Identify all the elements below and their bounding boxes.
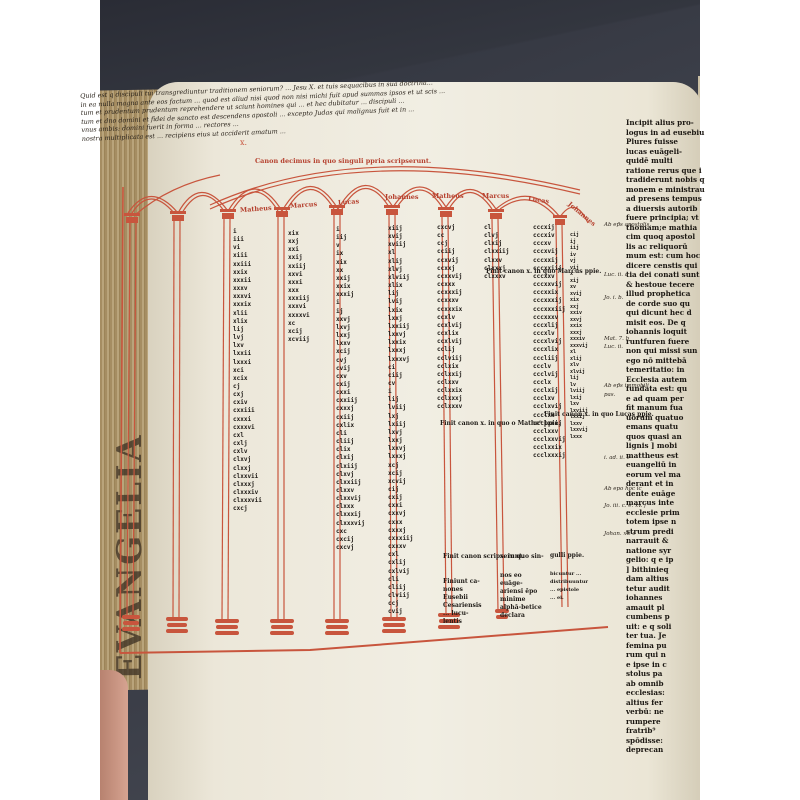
header-johannes-1: Johannes xyxy=(385,193,419,201)
canon-number: xxxvi xyxy=(233,293,262,301)
text-line: tetur audit xyxy=(626,584,706,594)
text-line: iohannes xyxy=(626,593,706,603)
canon-number: cliij xyxy=(336,438,365,446)
canon-number: xxiii xyxy=(233,261,262,269)
canon-number: cccxxxv xyxy=(533,314,566,322)
text-line: iohannis loquit xyxy=(626,327,706,337)
text-line: tradiderunt nobis q xyxy=(626,175,706,185)
text-line: stolus pa xyxy=(626,669,706,679)
canon-number: xx xyxy=(336,267,365,275)
canon-number: cij xyxy=(388,486,413,494)
text-line: quidē multi xyxy=(626,156,706,166)
text-line: euangeliū in xyxy=(626,460,706,470)
canon-number: lxxj xyxy=(388,437,413,445)
canon-number: clviij xyxy=(388,592,413,600)
text-line: mattheus est xyxy=(626,451,706,461)
canon-number: cvij xyxy=(388,608,413,616)
text-line: fratrib⁹ xyxy=(626,726,706,736)
canon-number: cj xyxy=(233,383,262,391)
text-line: dicere censtis qui xyxy=(626,261,706,271)
canon-number: ccclxij xyxy=(533,387,566,395)
header-marcus-2: Marcus xyxy=(482,192,509,200)
canon-number: cxlij xyxy=(388,559,413,567)
text-line: Plures fuisse xyxy=(626,137,706,147)
canon-number: cccxxxiij xyxy=(533,306,566,314)
canon-number: i xyxy=(336,299,365,307)
canon-number: ccxlix xyxy=(437,330,462,338)
canon-number: cli xyxy=(388,576,413,584)
canon-number: clxij xyxy=(484,240,509,248)
canon-number: xxj xyxy=(288,238,310,246)
canon-number: ix xyxy=(336,250,365,258)
canon-number: cxl xyxy=(233,432,262,440)
text-line: ad presens tempus xyxy=(626,194,706,204)
text-line: strum predi xyxy=(626,527,706,537)
holding-finger xyxy=(100,670,128,800)
canon-number: v xyxy=(336,242,365,250)
text-line: & hestoue tecere xyxy=(626,280,706,290)
canon-number: xiij xyxy=(388,225,413,233)
canon-number: lxxix xyxy=(388,339,413,347)
text-line: verbū: ne xyxy=(626,707,706,717)
canon-number: xcvij xyxy=(388,478,413,486)
canon-number: ccclv xyxy=(533,363,566,371)
canon-number: cccliij xyxy=(533,355,566,363)
canon-number: lxxxvj xyxy=(388,356,413,364)
canon-number: lxxvij xyxy=(570,427,588,434)
canon-number: cxij xyxy=(388,494,413,502)
canon-number: cxiij xyxy=(336,414,365,422)
canon-number: xxvi xyxy=(288,271,310,279)
canon-number: xxij xyxy=(288,254,310,262)
canon-number: xxiij xyxy=(288,263,310,271)
margin-note: Ab ep̄s immobili xyxy=(604,383,649,389)
canon-number: ccclvij xyxy=(533,371,566,379)
text-line: deprecan xyxy=(626,745,706,755)
canon-number: xcij xyxy=(388,470,413,478)
canon-number: cccxlvij xyxy=(533,338,566,346)
canon-number: lxxvj xyxy=(388,445,413,453)
canon-number: xxxv xyxy=(233,285,262,293)
canon-number: xvij xyxy=(388,233,413,241)
margin-note: Jo. i. b. xyxy=(604,295,623,301)
canon-number: lviij xyxy=(388,404,413,412)
canon-number: clxxvii xyxy=(233,473,262,481)
canon-number: cclxxix xyxy=(437,387,462,395)
canon-number: lxiij xyxy=(388,421,413,429)
margin-note: i. ad. ii. e xyxy=(604,455,630,461)
canon-number: xxix xyxy=(336,283,365,291)
header-matheus-2: Matheus xyxy=(432,192,464,200)
canon-number: clxxx xyxy=(336,503,365,511)
text-line: runtfuren fuere xyxy=(626,337,706,347)
column-marcus-1: xixxxjxxixxijxxiijxxvixxxixxxxxxiijxxxvi… xyxy=(288,230,310,344)
canon-number: cciij xyxy=(437,248,462,256)
text-line: Incipit alius pro- xyxy=(626,118,706,128)
text-line: rumpere xyxy=(626,717,706,727)
canon-number: xlij xyxy=(388,258,413,266)
canon-number: cvij xyxy=(336,365,365,373)
canon-number: cccxxxij xyxy=(533,297,566,305)
canon-number: xxxvi xyxy=(288,303,310,311)
text-line: ecclesias: xyxy=(626,688,706,698)
text-line: ter tua. Je xyxy=(626,631,706,641)
text-line: tia dei conati sunt xyxy=(626,270,706,280)
footnote-2: Finiunt ca-nones Eusebii Cesariensis ...… xyxy=(443,578,483,626)
canon-number: ccclxxvij xyxy=(533,436,566,444)
margin-note: Luc. ii. xyxy=(604,344,623,350)
text-line: fit manum fua xyxy=(626,403,706,413)
canon-number: xix xyxy=(336,259,365,267)
canon-number: cclij xyxy=(437,346,462,354)
text-line: amauit pl xyxy=(626,603,706,613)
text-line: lis ac reliquorū xyxy=(626,242,706,252)
canon-number: lxxxj xyxy=(388,347,413,355)
canon-number: clxiij xyxy=(336,463,365,471)
text-line: misit eos. De q xyxy=(626,318,706,328)
canon-number: cxcvj xyxy=(336,544,365,552)
text-line: illud prophetica xyxy=(626,289,706,299)
footnote-6: bicuntur ... distribuuntur ... epistole … xyxy=(550,570,586,602)
text-line: uorum quatuo xyxy=(626,413,706,423)
canon-number: xxxii xyxy=(233,277,262,285)
canon-number: ccxxvij xyxy=(437,273,462,281)
text-line: dam altius xyxy=(626,574,706,584)
canon-number: cxxxj xyxy=(336,405,365,413)
canon-number: cxxi xyxy=(336,389,365,397)
canon-number: ccclxxv xyxy=(533,428,566,436)
canon-number: clxvj xyxy=(233,456,262,464)
canon-number: xcj xyxy=(388,462,413,470)
text-line: lignis ] mobi xyxy=(626,441,706,451)
canon-number: cccxlv xyxy=(533,330,566,338)
text-line: femina pu xyxy=(626,641,706,651)
canon-number: xcij xyxy=(288,328,310,336)
canon-number: cccxvij xyxy=(533,248,566,256)
canon-number: cccxxij xyxy=(533,257,566,265)
canon-number: xci xyxy=(233,367,262,375)
canon-number: ccxxxij xyxy=(437,289,462,297)
canon-number: cxv xyxy=(336,373,365,381)
text-line: non qui missi sun xyxy=(626,346,706,356)
column-johannes-1: xiijxvijxviijxlxlijxlvjxlviijxlixlijlvij… xyxy=(388,225,413,617)
canon-number: xiii xyxy=(233,252,262,260)
canon-number: cccxiv xyxy=(533,232,566,240)
canon-number: xxij xyxy=(336,275,365,283)
text-line: a diuersis autorib xyxy=(626,204,706,214)
margin-note: Mat. 7. b xyxy=(604,336,629,342)
footnote-5: gulli ppie. xyxy=(550,552,584,560)
text-line: eorum vel ma xyxy=(626,470,706,480)
canon-number: lxxxi xyxy=(233,359,262,367)
text-line: ab omnib xyxy=(626,679,706,689)
canon-number: cxiv xyxy=(233,399,262,407)
canon-number: cccxv xyxy=(533,240,566,248)
text-line: altius fer xyxy=(626,698,706,708)
canon-number: xlvj xyxy=(388,266,413,274)
text-line: e ipse in c xyxy=(626,660,706,670)
canon-number: cxxxvi xyxy=(233,424,262,432)
canon-number: xxi xyxy=(288,246,310,254)
canon-number: cccxxix xyxy=(533,289,566,297)
canon-number: xl xyxy=(388,249,413,257)
canon-number: cclxxxj xyxy=(437,395,462,403)
canon-number: ccj xyxy=(388,600,413,608)
canon-number: lxxx xyxy=(570,434,588,441)
canon-number: cclxxxv xyxy=(437,403,462,411)
canon-number: ij xyxy=(336,308,365,316)
text-line: e ad quam per xyxy=(626,394,706,404)
canon-number: cxlv xyxy=(233,448,262,456)
text-line: mum est: cum hoc xyxy=(626,251,706,261)
canon-number: cc xyxy=(437,232,462,240)
margin-note: Luc. ii. a xyxy=(604,272,628,278)
canon-number: cxxx xyxy=(388,519,413,527)
canon-number: cxxvj xyxy=(388,510,413,518)
canon-number: ccxxxv xyxy=(437,297,462,305)
canon-number: clxxv xyxy=(484,257,509,265)
canon-number: lij xyxy=(388,290,413,298)
folio-mark: x. xyxy=(240,138,247,147)
canon-number: cxxiij xyxy=(336,397,365,405)
canon-number: clxxxvii xyxy=(233,497,262,505)
canon-number: lxxj xyxy=(388,315,413,323)
canon-number: cxlvij xyxy=(388,568,413,576)
canon-number: cxxxj xyxy=(388,527,413,535)
canon-number: cxxiii xyxy=(233,407,262,415)
footnote-3: x. in quo sin- xyxy=(500,553,544,561)
canon-number: cxxxi xyxy=(233,416,262,424)
canon-number: cxxxv xyxy=(388,543,413,551)
canon-number: cxcvj xyxy=(437,224,462,232)
margin-note: Jo. iii. c. e. xv. f xyxy=(604,503,646,509)
canon-number: xlix xyxy=(388,282,413,290)
canon-number: cxc xyxy=(336,528,365,536)
canon-number: clxxv xyxy=(336,487,365,495)
text-line: ego nō mittebā xyxy=(626,356,706,366)
text-line: quos quasi an xyxy=(626,432,706,442)
header-lucas-1: Lucas xyxy=(338,197,360,206)
facing-page-text: Incipit alius pro-logus in ad eusebiuPlu… xyxy=(626,118,706,755)
canon-number: clxxxij xyxy=(336,511,365,519)
text-line: gelio: q e ip xyxy=(626,555,706,565)
canon-title: Canon decimus in quo singuli ppria scrip… xyxy=(255,157,431,165)
canon-number: clix xyxy=(336,446,365,454)
canon-number: ccxlvij xyxy=(437,338,462,346)
canon-number: cxcij xyxy=(336,536,365,544)
text-line: rum qui n xyxy=(626,650,706,660)
canon-number: i xyxy=(233,228,262,236)
canon-number: ci xyxy=(388,364,413,372)
canon-number: cxl xyxy=(388,551,413,559)
canon-number: lij xyxy=(233,326,262,334)
canon-number: ccclxv xyxy=(533,395,566,403)
canon-number: ccclxxix xyxy=(533,444,566,452)
canon-number: cclxix xyxy=(437,363,462,371)
canon-number: xxx xyxy=(288,287,310,295)
canon-number: clxxxj xyxy=(233,481,262,489)
text-line: temeritatio: in xyxy=(626,365,706,375)
canon-number: vi xyxy=(233,244,262,252)
canon-number: lvj xyxy=(233,334,262,342)
canon-number: lij xyxy=(388,396,413,404)
canon-number: clxxiij xyxy=(336,479,365,487)
text-line: totem ipse n xyxy=(626,517,706,527)
canon-number: xcix xyxy=(233,375,262,383)
text-line: cim quoq apostol xyxy=(626,232,706,242)
canon-number: cxij xyxy=(336,381,365,389)
canon-number: lxxii xyxy=(233,350,262,358)
canon-number: clxxiij xyxy=(484,248,509,256)
canon-number: lxxj xyxy=(336,332,365,340)
canon-number: cccxlij xyxy=(533,322,566,330)
column-johannes-2: cijijiijivvjvijxxijxvxvijxixxxjxxivxxvjx… xyxy=(570,232,588,440)
canon-number: lxj xyxy=(388,413,413,421)
text-line: emans quatu xyxy=(626,422,706,432)
canon-number: lxv xyxy=(233,342,262,350)
canon-number: xxxxvi xyxy=(288,312,310,320)
canon-number: ccxxxix xyxy=(437,306,462,314)
canon-number: ccxlv xyxy=(437,314,462,322)
canon-number: ccxxx xyxy=(437,281,462,289)
canon-number: xlii xyxy=(233,310,262,318)
canon-number: cliij xyxy=(388,584,413,592)
canon-number: lxxvj xyxy=(388,331,413,339)
canon-number: xlviij xyxy=(388,274,413,282)
canon-number: ccj xyxy=(437,240,462,248)
canon-number: clxxxiv xyxy=(233,489,262,497)
canon-number: iii xyxy=(233,236,262,244)
canon-number: xlix xyxy=(233,318,262,326)
text-line: uit: e q soli xyxy=(626,622,706,632)
canon-number: lxxv xyxy=(336,340,365,348)
canon-number: clxvj xyxy=(336,471,365,479)
margin-note: pas. xyxy=(604,392,615,398)
canon-number: iij xyxy=(336,234,365,242)
column-lucas-1: iiijvixxixxxxxijxxixxxxijiijxxvjlxvjlxxj… xyxy=(336,226,365,552)
text-line: natione syr xyxy=(626,546,706,556)
margin-note: Ab epo hoc ic xyxy=(604,486,642,492)
canon-number: cli xyxy=(336,430,365,438)
canon-number: ccclxxxij xyxy=(533,452,566,460)
canon-number: clxij xyxy=(336,454,365,462)
canon-number: cvj xyxy=(336,357,365,365)
canon-number: xxxix xyxy=(233,301,262,309)
canon-number: cclxxv xyxy=(437,379,462,387)
canon-number: cl xyxy=(484,224,509,232)
column-matheus-1: iiiivixiiixxiiixxixxxxiixxxvxxxvixxxixxl… xyxy=(233,228,262,513)
canon-number: clxxvij xyxy=(336,495,365,503)
canon-number: lxxxj xyxy=(388,453,413,461)
canon-number: ciij xyxy=(388,372,413,380)
canon-number: ccclx xyxy=(533,379,566,387)
canon-number: ccxlvij xyxy=(437,322,462,330)
canon-number: cclviij xyxy=(437,355,462,363)
canon-number: lxix xyxy=(388,307,413,315)
text-line: cumbens p xyxy=(626,612,706,622)
canon-number: clxxxvij xyxy=(336,520,365,528)
canon-number: xxxij xyxy=(336,291,365,299)
canon-number: cv xyxy=(388,380,413,388)
closing-note-marcus: Finit canon x. in quo Marcus ppie. xyxy=(486,268,601,276)
canon-number: i xyxy=(388,388,413,396)
canon-number: cxcj xyxy=(233,505,262,513)
canon-number: xxxiij xyxy=(288,295,310,303)
canon-number: clxxj xyxy=(233,465,262,473)
canon-number: xcviij xyxy=(288,336,310,344)
margin-note: Ab ep̄s apostolis. xyxy=(604,222,651,228)
canon-number: ccxxj xyxy=(437,265,462,273)
canon-number: xviij xyxy=(388,241,413,249)
canon-number: cxlj xyxy=(233,440,262,448)
closing-note-matheus: Finit canon x. in quo o Mathe⁹ ppie. xyxy=(440,420,560,428)
canon-number: cccxij xyxy=(533,224,566,232)
text-line: spōdisse: xyxy=(626,736,706,746)
canon-number: lxvj xyxy=(336,324,365,332)
column-matheus-2: cxcvjccccjcciijccxvijccxxjccxxvijccxxxcc… xyxy=(437,224,462,412)
canon-number: cclxxij xyxy=(437,371,462,379)
canon-number: lxxiij xyxy=(388,323,413,331)
margin-note: Johan. xv. c xyxy=(604,531,636,537)
canon-number: clvj xyxy=(484,232,509,240)
canon-number: cxj xyxy=(233,391,262,399)
canon-number: ccxvij xyxy=(437,257,462,265)
canon-number: cccxxvij xyxy=(533,281,566,289)
canon-number: xcij xyxy=(336,348,365,356)
text-line: lucas euāgeli- xyxy=(626,147,706,157)
canon-number: xxix xyxy=(233,269,262,277)
text-line: monem e ministrau xyxy=(626,185,706,195)
canon-number: cxxxiij xyxy=(388,535,413,543)
footnote-4: nos eo euāge-ariensi ēpo minime alphā-be… xyxy=(500,572,542,620)
text-line: qui dicunt hec d xyxy=(626,308,706,318)
canon-number: i xyxy=(336,226,365,234)
canon-number: xxvj xyxy=(336,316,365,324)
canon-number: xix xyxy=(288,230,310,238)
canon-number: lxvj xyxy=(388,429,413,437)
canon-number: cccxlix xyxy=(533,346,566,354)
text-line: ] bithinieq xyxy=(626,565,706,575)
canon-number: xc xyxy=(288,320,310,328)
canon-number: cxxi xyxy=(388,502,413,510)
text-line: ratione rerus que i xyxy=(626,166,706,176)
canon-number: xxxi xyxy=(288,279,310,287)
text-line: de corde suo qu xyxy=(626,299,706,309)
canon-number: lvij xyxy=(388,298,413,306)
canon-number: cxlix xyxy=(336,422,365,430)
text-line: narrauit & xyxy=(626,536,706,546)
text-line: logus in ad eusebiu xyxy=(626,128,706,138)
